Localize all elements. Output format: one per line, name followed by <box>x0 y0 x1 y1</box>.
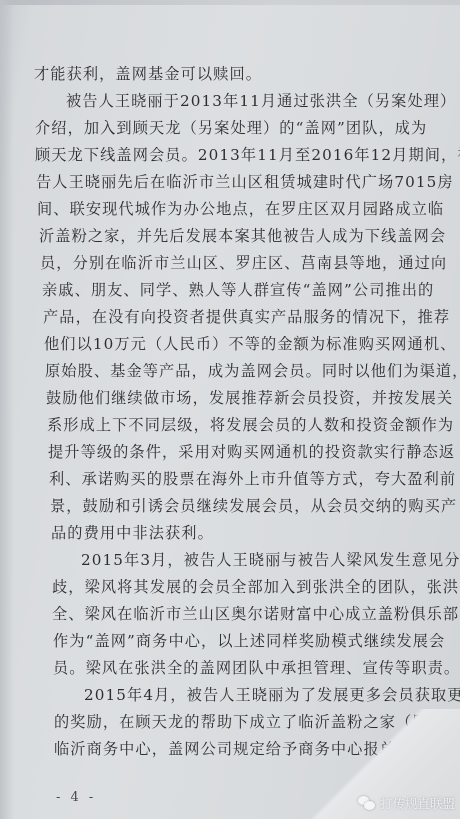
page-number: - 4 - <box>56 790 96 805</box>
document-page: 才能获利，盖网基金可以赎回。被告人王晓丽于2013年11月通过张洪全（另案处理）… <box>0 0 460 819</box>
text-line: 才能获利，盖网基金可以赎回。 <box>34 64 262 84</box>
watermark-text: 打传规直联盟 <box>380 794 455 812</box>
text-line: 作为“盖网”商务中心，以上述同样奖励模式继续发展会 <box>53 631 445 651</box>
text-line: 提升等级的条件，采用对购买网通机的投资款实行静态返 <box>48 442 455 462</box>
text-line: 全、梁风在临沂市兰山区奥尔诺财富中心成立盖粉俱乐部 <box>52 604 459 624</box>
page-left-shadow <box>0 0 14 819</box>
text-line: 被告人王晓丽于2013年11月通过张洪全（另案处理） <box>66 91 456 111</box>
text-line: 员。梁风在张洪全的盖网团队中承担管理、宣传等职责。 <box>53 658 460 678</box>
text-line: 景，鼓励和引诱会员继续发展会员，从会员交纳的购买产 <box>50 496 457 516</box>
text-line: 系形成上下不同层级，将发展会员的人数和投资金额作为 <box>47 415 454 435</box>
text-line: 间、联安现代城作为办公地点，在罗庄区双月园路成立临 <box>37 199 444 219</box>
text-line: 介绍，加入到顾天龙（另案处理）的“盖网”团队，成为 <box>35 118 427 138</box>
text-line: 歧，梁风将其发展的会员全部加入到张洪全的团队，张洪 <box>52 577 459 597</box>
wechat-icon <box>358 796 376 810</box>
text-line: 利、承诺购买的股票在海外上市升值等方式，夸大盈利前 <box>49 469 456 489</box>
text-line: 亲戚、朋友、同学、熟人等人群宣传“盖网”公司推出的 <box>42 280 434 300</box>
watermark: 打传规直联盟 <box>358 794 455 812</box>
text-line: 鼓励他们继续做市场，发展推荐新会员投资，并按发展关 <box>46 388 453 408</box>
text-line: 原始股、基金等产品，成为盖网会员。同时以他们为渠道， <box>45 361 460 381</box>
page-top-edge <box>0 0 460 5</box>
text-line: 沂盖粉之家，并先后发展本案其他被告人成为下线盖网会 <box>39 226 446 246</box>
text-line: 产品，在没有向投资者提供真实产品服务的情况下，推荐 <box>43 307 450 327</box>
text-line: 他们以10万元（人民币）不等的金额为标准购买网通机、 <box>44 334 456 354</box>
text-line: 2015年3月，被告人王晓丽与被告人梁风发生意见分 <box>81 550 460 570</box>
text-line: 顾天龙下线盖网会员。2013年11月至2016年12月期间，被 <box>35 145 460 165</box>
text-line: 员，分别在临沂市兰山区、罗庄区、莒南县等地，通过向 <box>40 253 447 273</box>
text-line: 告人王晓丽先后在临沂市兰山区租赁城建时代广场7015房 <box>36 172 454 192</box>
text-line: 品的费用中非法获利。 <box>51 523 214 543</box>
text-line: 2015年4月，被告人王晓丽为了发展更多会员获取更多 <box>84 685 460 705</box>
